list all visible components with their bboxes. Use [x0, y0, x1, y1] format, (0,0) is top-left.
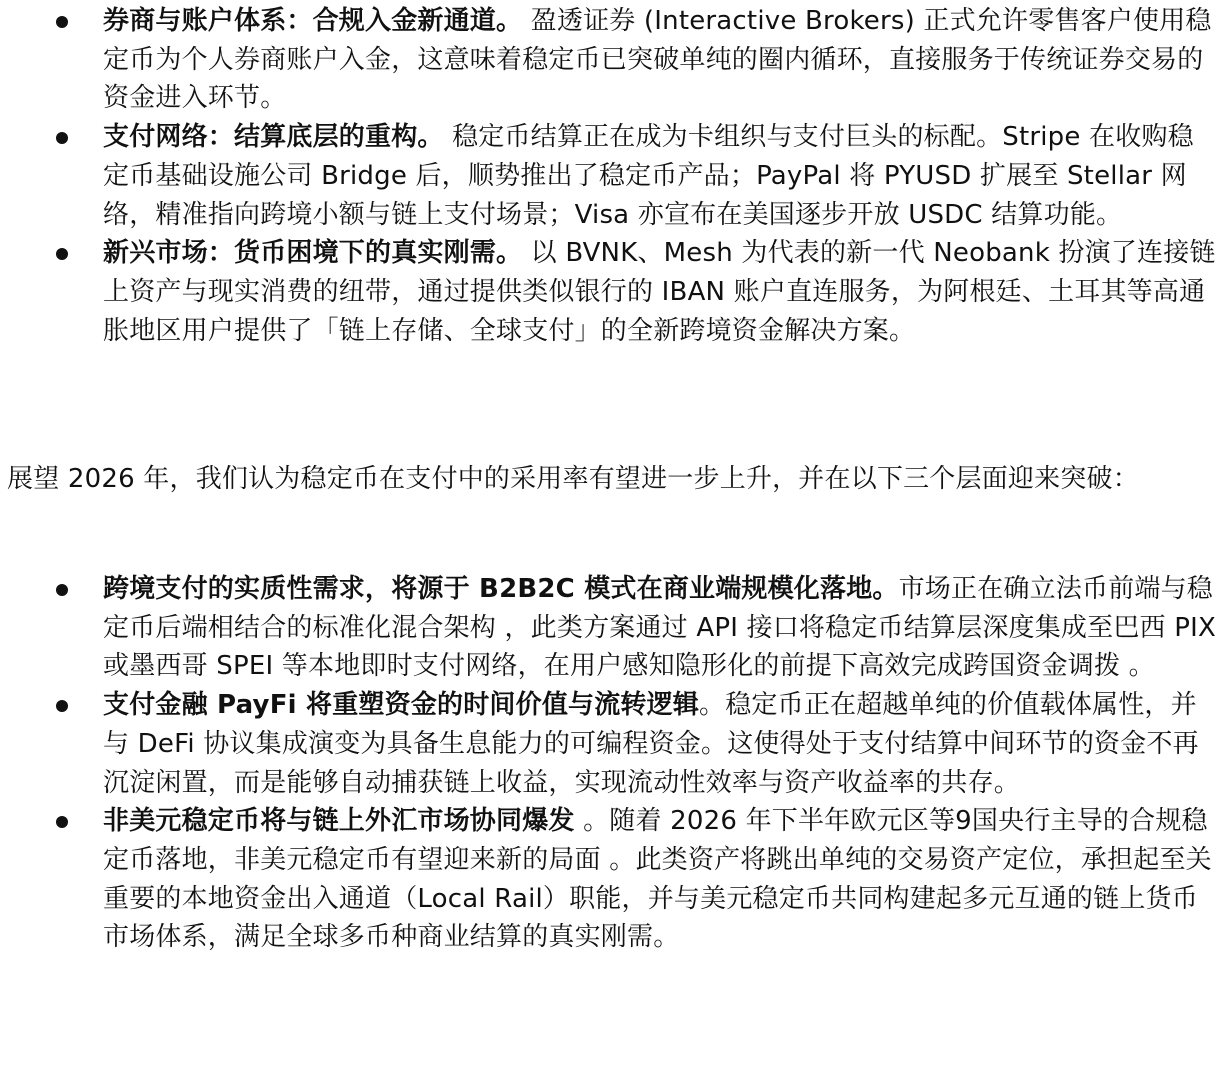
bullet-icon	[56, 248, 68, 260]
list-item-payment-network: 支付网络：结算底层的重构。 稳定币结算正在成为卡组织与支付巨头的标配。Strip…	[0, 118, 1230, 234]
bullet-icon	[56, 700, 68, 712]
list-item-heading: 非美元稳定币将与链上外汇市场协同爆发	[103, 806, 575, 836]
list-item-payfi: 支付金融 PayFi 将重塑资金的时间价值与流转逻辑。稳定币正在超越单纯的价值载…	[0, 686, 1230, 802]
outlook-paragraph: 展望 2026 年，我们认为稳定币在支付中的采用率有望进一步上升，并在以下三个层…	[7, 460, 1217, 499]
list-item-heading: 支付网络：结算底层的重构。	[103, 122, 444, 152]
bullet-icon	[56, 816, 68, 828]
list-item-heading: 支付金融 PayFi 将重塑资金的时间价值与流转逻辑	[103, 690, 699, 720]
list-item-heading: 新兴市场：货币困境下的真实刚需。	[103, 238, 522, 268]
list-item-cross-border: 跨境支付的实质性需求，将源于 B2B2C 模式在商业端规模化落地。市场正在确立法…	[0, 570, 1230, 686]
bullet-list-2026-outlook: 跨境支付的实质性需求，将源于 B2B2C 模式在商业端规模化落地。市场正在确立法…	[0, 570, 1230, 957]
bullet-icon	[56, 16, 68, 28]
list-item-heading: 跨境支付的实质性需求，将源于 B2B2C 模式在商业端规模化落地。	[103, 574, 899, 604]
list-item-emerging-markets: 新兴市场：货币困境下的真实刚需。 以 BVNK、Mesh 为代表的新一代 Neo…	[0, 234, 1230, 350]
bullet-list-current-adoption: 券商与账户体系：合规入金新通道。 盈透证券 (Interactive Broke…	[0, 2, 1230, 350]
list-item-heading: 券商与账户体系：合规入金新通道。	[103, 6, 522, 36]
list-item-non-usd-stablecoins: 非美元稳定币将与链上外汇市场协同爆发 。随着 2026 年下半年欧元区等9国央行…	[0, 802, 1230, 957]
list-item-brokerage: 券商与账户体系：合规入金新通道。 盈透证券 (Interactive Broke…	[0, 2, 1230, 118]
bullet-icon	[56, 584, 68, 596]
bullet-icon	[56, 132, 68, 144]
